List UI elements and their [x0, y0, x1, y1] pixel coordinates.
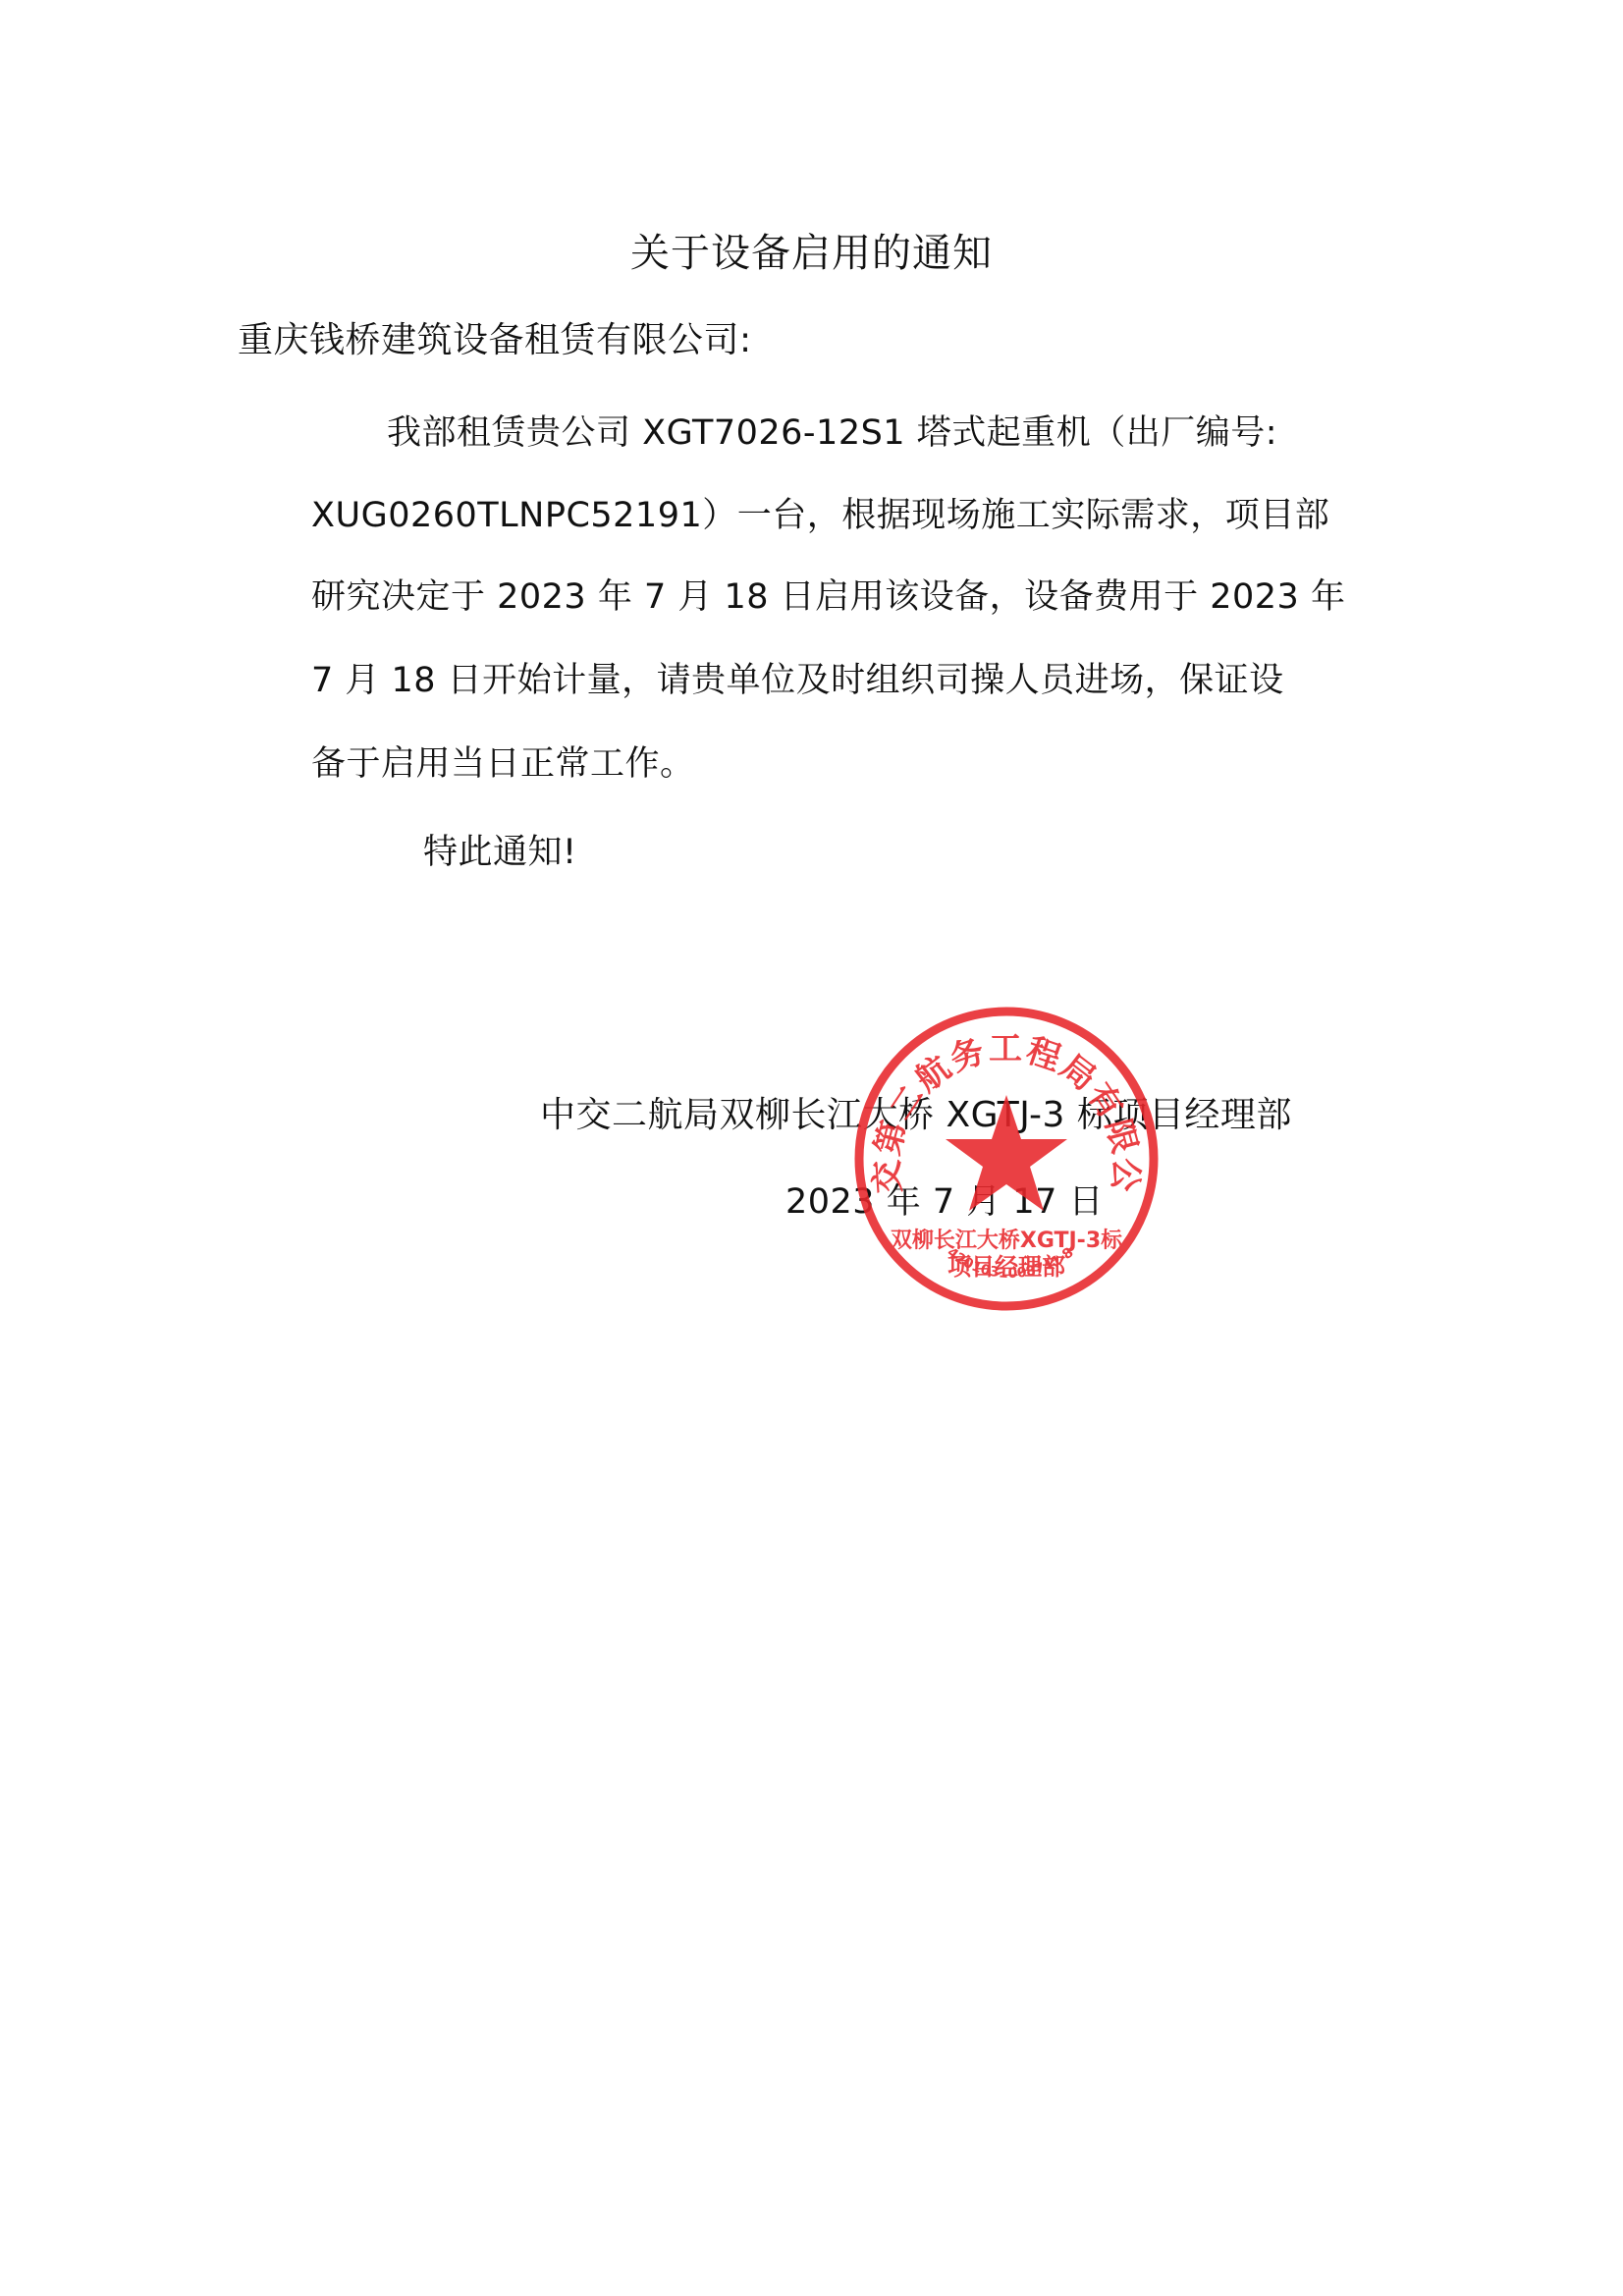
addressee: 重庆钱桥建筑设备租赁有限公司:	[238, 312, 752, 362]
body-line-5: 备于启用当日正常工作。	[311, 737, 695, 786]
closing-remark: 特此通知!	[423, 825, 577, 874]
stamp-inner-line-1: 双柳长江大桥XGTJ-3标	[891, 1228, 1123, 1253]
document-title: 关于设备启用的通知	[0, 222, 1623, 278]
official-seal-icon: 中交第二航务工程局有限公司 双柳长江大桥XGTJ-3标 项目经理部 420103…	[849, 1002, 1163, 1316]
body-line-4: 7 月 18 日开始计量，请贵单位及时组织司操人员进场，保证设	[311, 653, 1284, 702]
body-line-2: XUG0260TLNPC52191）一台，根据现场施工实际需求，项目部	[311, 488, 1329, 537]
document-page: 关于设备启用的通知 重庆钱桥建筑设备租赁有限公司: 我部租赁贵公司 XGT702…	[0, 0, 1623, 2296]
body-line-1: 我部租赁贵公司 XGT7026-12S1 塔式起重机（出厂编号:	[387, 406, 1277, 455]
body-line-3: 研究决定于 2023 年 7 月 18 日启用该设备，设备费用于 2023 年	[311, 570, 1345, 619]
